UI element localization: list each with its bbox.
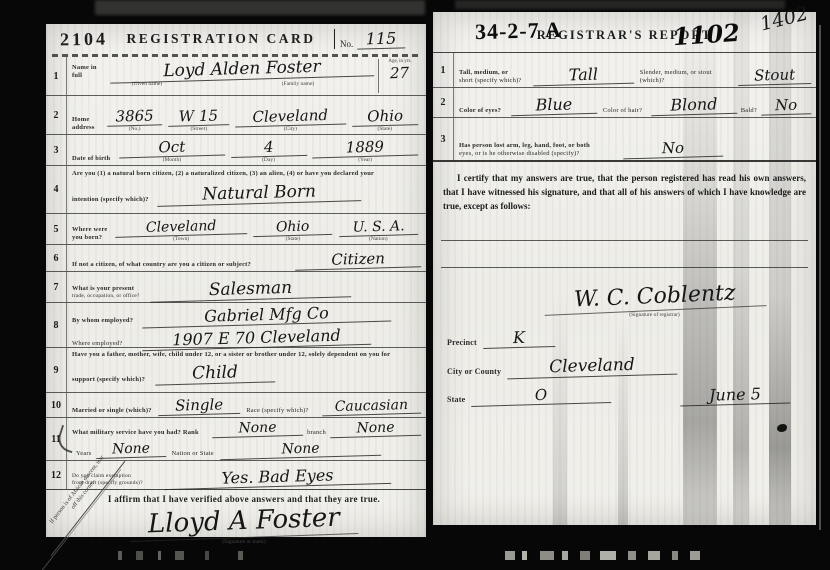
race-label: Race (specify which)? xyxy=(246,407,322,415)
row-dependents: 9 Have you a father, mother, wife, child… xyxy=(46,348,426,393)
birthplace-town: Cleveland xyxy=(115,217,248,238)
address-no-sublabel: (No.) xyxy=(129,126,141,132)
scan-band-mark xyxy=(672,551,678,560)
height-answer: Tall xyxy=(533,64,634,87)
disability-label-line1: Has person lost arm, leg, hand, foot, or… xyxy=(459,142,617,150)
address-no: 3865 xyxy=(107,106,163,127)
address-state-sublabel: (State) xyxy=(377,126,392,132)
scanned-document-page: { "left_card": { "serial_stamp": "2104",… xyxy=(0,0,830,570)
height-label-line2: short (specify which)? xyxy=(459,77,533,85)
affirmation-text: I affirm that I have verified above answ… xyxy=(72,494,416,504)
district-stamp: 34-2-7 A xyxy=(475,17,562,45)
dob-year-sublabel: (Year) xyxy=(358,157,372,163)
race-answer: Caucasian xyxy=(322,397,421,417)
row-number: 2 xyxy=(433,88,454,117)
citizenship-label-line1: Are you (1) a natural born citizen, (2) … xyxy=(72,170,421,178)
row-number: 6 xyxy=(46,245,67,271)
scan-band-mark xyxy=(540,551,554,560)
eyes-label: Color of eyes? xyxy=(459,107,511,115)
row-height: 1 Tall, medium, or short (specify which)… xyxy=(433,53,816,88)
row-date-of-birth: 3 Date of birth Oct(Month) 4(Day) 1889(Y… xyxy=(46,135,426,166)
row-marital-race: 10 Married or single (which)? Single Rac… xyxy=(46,393,426,418)
citizen-of-answer: Citizen xyxy=(294,248,421,271)
address-state: Ohio xyxy=(351,106,418,127)
scan-band-mark xyxy=(158,551,161,560)
marital-answer: Single xyxy=(158,395,241,416)
birthplace-label: Where were you born? xyxy=(72,226,112,242)
hair-label: Color of hair? xyxy=(603,107,651,115)
dependents-label-line1: Have you a father, mother, wife, child u… xyxy=(72,351,421,359)
scan-band-mark xyxy=(136,551,143,560)
bald-answer: No xyxy=(761,95,812,115)
row-number: 2 xyxy=(46,96,67,134)
citizenship-answer: Natural Born xyxy=(156,180,361,207)
row-number: 8 xyxy=(46,303,67,347)
dob-year: 1889 xyxy=(312,137,418,159)
family-name-sublabel: (Family name) xyxy=(282,81,315,87)
precinct-value: K xyxy=(483,327,556,349)
exception-line-2 xyxy=(441,241,808,268)
precinct-line: Precinct K xyxy=(447,328,802,348)
registration-card: 2104 REGISTRATION CARD No. 115 1 Name in… xyxy=(46,24,426,537)
military-years-label: Years xyxy=(76,450,92,458)
row-number: 3 xyxy=(433,118,454,160)
state-line: State O June 5 xyxy=(447,385,802,405)
birthplace-state-sublabel: (State) xyxy=(286,236,301,242)
scan-band-mark xyxy=(205,551,209,560)
dob-month-sublabel: (Month) xyxy=(163,157,181,163)
card-number-label: No. xyxy=(340,39,353,49)
ink-blot xyxy=(777,424,787,432)
scan-band-mark xyxy=(580,551,590,560)
registration-card-header: 2104 REGISTRATION CARD No. 115 xyxy=(46,24,426,54)
name-label: Name in full xyxy=(72,64,106,80)
citizenship-label-line2: intention (specify which)? xyxy=(72,196,149,204)
stamped-number: 1102 xyxy=(672,18,741,52)
scan-debris-top-left xyxy=(95,0,425,15)
disability-label-line2: eyes, or is he otherwise disabled (speci… xyxy=(459,150,617,158)
military-years-answer: None xyxy=(95,440,165,459)
scan-band-mark xyxy=(648,551,660,560)
birthplace-nation: U. S. A. xyxy=(338,218,418,237)
registrar-signature: W. C. Coblentz xyxy=(543,279,766,316)
row-number: 1 xyxy=(46,57,67,95)
employer-label: By whom employed? xyxy=(72,317,142,325)
row-number: 4 xyxy=(46,166,67,213)
build-label: Slender, medium, or stout (which)? xyxy=(640,69,738,85)
military-nation-label: Nation or State xyxy=(172,450,214,458)
marital-label: Married or single (which)? xyxy=(72,407,158,415)
row-number: 10 xyxy=(46,393,67,417)
employment-place-label: Where employed? xyxy=(72,340,142,348)
military-rank-answer: None xyxy=(212,419,304,439)
scan-band-mark xyxy=(690,551,700,560)
serial-stamp: 2104 xyxy=(60,28,108,50)
scan-band-mark xyxy=(175,551,184,560)
military-branch-answer: None xyxy=(330,419,422,439)
row-disability: 3 Has person lost arm, leg, hand, foot, … xyxy=(433,118,816,162)
row-name: 1 Name in full Loyd Alden Foster (Given … xyxy=(46,57,426,96)
card-title: REGISTRATION CARD xyxy=(108,31,334,47)
row-number: 1 xyxy=(433,53,454,87)
dob-month: Oct xyxy=(119,137,225,159)
city-line: City or County Cleveland xyxy=(447,356,802,377)
dependents-label-line2: support (specify which)? xyxy=(72,376,145,384)
age-box: Age, in yrs. 27 xyxy=(378,59,421,93)
scan-debris-top-right xyxy=(455,0,785,9)
height-label-line1: Tall, medium, or xyxy=(459,69,533,77)
row-eyes-hair: 2 Color of eyes? Blue Color of hair? Blo… xyxy=(433,88,816,118)
occupation-label-line1: What is your present xyxy=(72,285,150,293)
address-city: Cleveland xyxy=(235,105,346,127)
row-number: 7 xyxy=(46,272,67,302)
dob-label: Date of birth xyxy=(72,155,116,163)
dob-day: 4 xyxy=(230,137,306,158)
row-citizenship: 4 Are you (1) a natural born citizen, (2… xyxy=(46,166,426,214)
state-label: State xyxy=(447,395,465,405)
address-street-sublabel: (Street) xyxy=(190,126,207,132)
address-street: W 15 xyxy=(168,106,229,127)
row-number: 3 xyxy=(46,135,67,165)
birthplace-town-sublabel: (Town) xyxy=(173,236,189,242)
row-occupation: 7 What is your present trade, occupation… xyxy=(46,272,426,303)
home-address-label: Home address xyxy=(72,116,104,132)
age-value: 27 xyxy=(390,64,410,83)
city-label: City or County xyxy=(447,367,501,377)
birthplace-state: Ohio xyxy=(253,218,333,237)
birthplace-nation-sublabel: (Nation) xyxy=(369,236,388,242)
card-number-value: 115 xyxy=(357,28,406,49)
row-number: 12 xyxy=(46,461,67,489)
row-number: 9 xyxy=(46,348,67,392)
card-number-box: No. 115 xyxy=(334,29,422,49)
state-value: O xyxy=(471,384,611,407)
city-value: Cleveland xyxy=(507,353,678,379)
exception-line-1 xyxy=(441,214,808,241)
military-branch-label: branch xyxy=(307,429,326,437)
registrars-report-card: REGISTRAR'S REPORT 34-2-7 A 1102 1402 1 … xyxy=(433,12,816,525)
row-birthplace: 5 Where were you born? Cleveland(Town) O… xyxy=(46,214,426,245)
disability-answer: No xyxy=(623,138,723,160)
citizen-of-label: If not a citizen, of what country are yo… xyxy=(72,261,289,269)
affirmation-block: I affirm that I have verified above answ… xyxy=(46,490,426,545)
registrant-signature: Lloyd A Foster xyxy=(130,502,359,542)
certification-text: I certify that my answers are true, that… xyxy=(443,172,806,214)
occupation-answer: Salesman xyxy=(150,276,352,303)
address-city-sublabel: (City) xyxy=(284,126,297,132)
dependents-answer: Child xyxy=(155,361,276,385)
row-home-address: 2 Home address 3865(No.) W 15(Street) Cl… xyxy=(46,96,426,135)
registrar-signature-sublabel: (Signature of registrar) xyxy=(493,312,816,318)
signature-sublabel: (Signature or mark) xyxy=(72,539,416,545)
bald-label: Bald? xyxy=(741,107,757,115)
build-answer: Stout xyxy=(737,65,811,86)
eyes-answer: Blue xyxy=(511,94,597,116)
row-employer: 8 By whom employed? Gabriel Mfg Co Where… xyxy=(46,303,426,348)
scan-band-mark xyxy=(628,551,636,560)
scan-band-mark xyxy=(522,551,527,560)
occupation-label-line2: trade, occupation, or office? xyxy=(72,293,150,300)
row-number: 5 xyxy=(46,214,67,244)
hair-answer: Blond xyxy=(651,94,737,116)
report-header: REGISTRAR'S REPORT 34-2-7 A 1102 1402 xyxy=(433,12,816,53)
registration-date: June 5 xyxy=(680,383,791,406)
precinct-label: Precinct xyxy=(447,338,477,348)
military-rank-label: What military service have you had? Rank xyxy=(72,429,212,437)
military-nation-answer: None xyxy=(220,439,382,460)
name-value: Loyd Alden Foster xyxy=(110,55,374,83)
exemption-answer: Yes. Bad Eyes xyxy=(164,464,391,490)
scan-band-mark xyxy=(600,551,616,560)
row-citizen-of: 6 If not a citizen, of what country are … xyxy=(46,245,426,272)
scan-band-mark xyxy=(562,551,568,560)
scan-band-mark xyxy=(505,551,515,560)
scan-streak xyxy=(618,320,628,525)
dob-day-sublabel: (Day) xyxy=(262,157,275,163)
scan-band-mark xyxy=(118,551,122,560)
scan-edge-line-right xyxy=(819,25,821,530)
scan-band-mark xyxy=(238,551,243,560)
